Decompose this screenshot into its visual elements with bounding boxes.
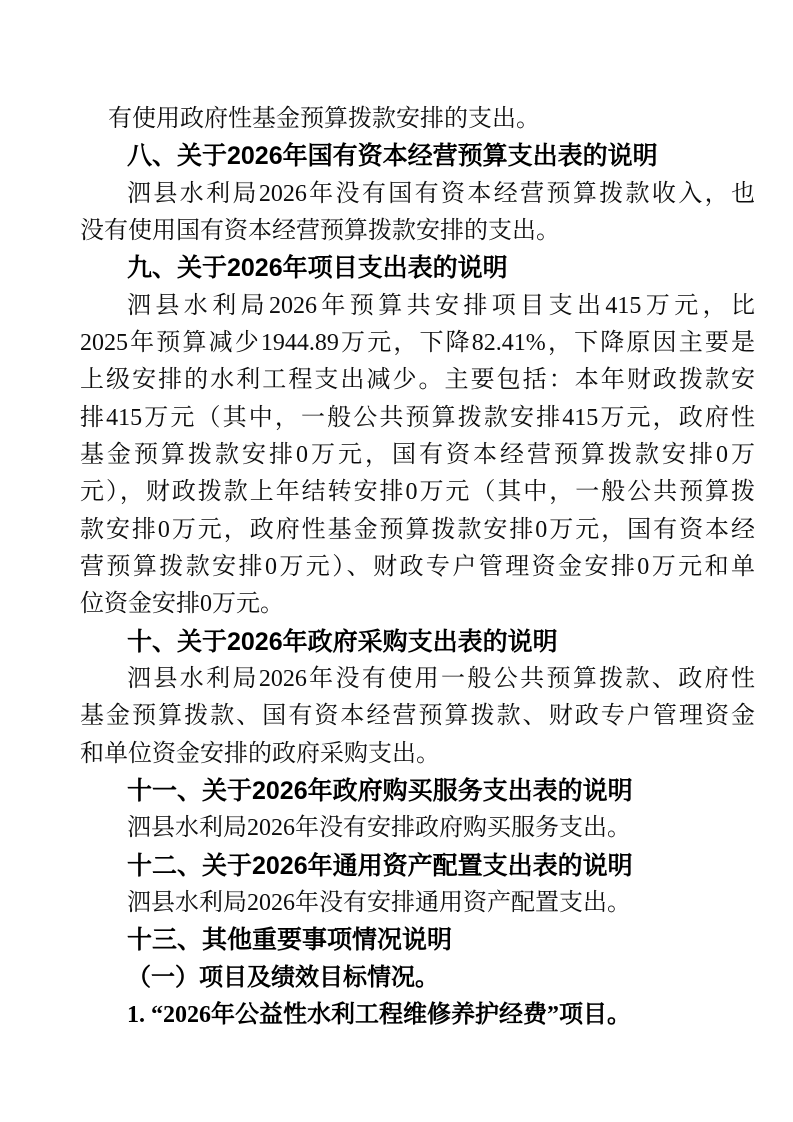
paragraph-line: 2025年预算减少1944.89万元，下降82.41%，下降原因主要是 (80, 325, 755, 362)
paragraph-line: 泗县水利局2026年没有使用一般公共预算拨款、政府性 (80, 661, 755, 698)
paragraph-line: 泗县水利局2026年没有国有资本经营预算拨款收入，也 (80, 176, 755, 213)
paragraph-line: 泗县水利局2026年没有安排政府购买服务支出。 (80, 810, 755, 847)
section-heading: 十一、关于2026年政府购买服务支出表的说明 (80, 773, 755, 810)
paragraph-line: 位资金安排0万元。 (80, 586, 755, 623)
section-heading: 十、关于2026年政府采购支出表的说明 (80, 624, 755, 661)
document-text-block: 有使用政府性基金预算拨款安排的支出。八、关于2026年国有资本经营预算支出表的说… (80, 101, 755, 1034)
paragraph-line: 营预算拨款安排0万元）、财政专户管理资金安排0万元和单 (80, 549, 755, 586)
paragraph-line: 款安排0万元，政府性基金预算拨款安排0万元，国有资本经 (80, 512, 755, 549)
section-heading: （一）项目及绩效目标情况。 (80, 960, 755, 997)
section-heading: 八、关于2026年国有资本经营预算支出表的说明 (80, 138, 755, 175)
section-heading: 十三、其他重要事项情况说明 (80, 922, 755, 959)
paragraph-line: 基金预算拨款安排0万元，国有资本经营预算拨款安排0万 (80, 437, 755, 474)
section-heading: 九、关于2026年项目支出表的说明 (80, 250, 755, 287)
document-page: 有使用政府性基金预算拨款安排的支出。八、关于2026年国有资本经营预算支出表的说… (0, 0, 793, 1122)
paragraph-line: 元），财政拨款上年结转安排0万元（其中，一般公共预算拨 (80, 474, 755, 511)
paragraph-line: 泗县水利局2026年预算共安排项目支出415万元，比 (80, 288, 755, 325)
paragraph-line: 排415万元（其中，一般公共预算拨款安排415万元，政府性 (80, 400, 755, 437)
paragraph-line: 和单位资金安排的政府采购支出。 (80, 736, 755, 773)
paragraph-line: 基金预算拨款、国有资本经营预算拨款、财政专户管理资金 (80, 698, 755, 735)
paragraph-line: 上级安排的水利工程支出减少。主要包括：本年财政拨款安 (80, 362, 755, 399)
paragraph-line: 泗县水利局2026年没有安排通用资产配置支出。 (80, 885, 755, 922)
paragraph-line: 有使用政府性基金预算拨款安排的支出。 (80, 101, 755, 138)
section-heading: 十二、关于2026年通用资产配置支出表的说明 (80, 848, 755, 885)
section-heading: 1. “2026年公益性水利工程维修养护经费”项目。 (80, 997, 755, 1034)
paragraph-line: 没有使用国有资本经营预算拨款安排的支出。 (80, 213, 755, 250)
